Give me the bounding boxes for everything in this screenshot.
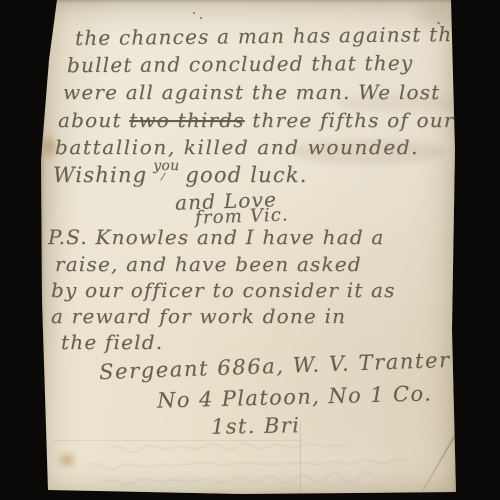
postscript-line: the field. xyxy=(61,331,163,353)
photo-background: the chances a man has against the bullet… xyxy=(0,0,500,500)
postscript-line: P.S. Knowles and I have had a xyxy=(48,226,385,248)
postscript-line: by our officer to consider it as xyxy=(51,279,396,301)
wishing-suffix: good luck. xyxy=(177,163,307,187)
signature-line: 1st. Bri xyxy=(211,414,301,439)
ink-speck xyxy=(193,12,195,14)
letter-line: were all against the man. We lost xyxy=(63,81,440,103)
signature-line: Sergeant 686a, W. V. Tranter xyxy=(99,349,451,384)
postscript-line: raise, and have been asked xyxy=(55,253,362,275)
postscript-line: a reward for work done in xyxy=(51,305,346,327)
letter-page: the chances a man has against the bullet… xyxy=(41,0,457,496)
correction-prefix: about xyxy=(58,108,129,132)
ink-speck xyxy=(200,17,202,19)
struck-out-text: two thirds xyxy=(129,108,245,132)
correction-replacement: three fifths of our xyxy=(245,108,455,132)
signature-line: No 4 Platoon, No 1 Co. xyxy=(157,382,433,412)
bleedthrough-writing xyxy=(69,440,439,494)
letter-line: bullet and concluded that they xyxy=(67,52,414,76)
letter-line-with-correction: about two thirds three fifths of our xyxy=(58,109,455,131)
wishing-prefix: Wishing xyxy=(53,163,155,187)
letter-line: battallion, killed and wounded. xyxy=(55,136,419,158)
inserted-word: you xyxy=(153,159,179,174)
letter-line-with-insertion: Wishing you good luck. xyxy=(53,164,308,187)
letter-line: the chances a man has against the xyxy=(75,23,466,49)
